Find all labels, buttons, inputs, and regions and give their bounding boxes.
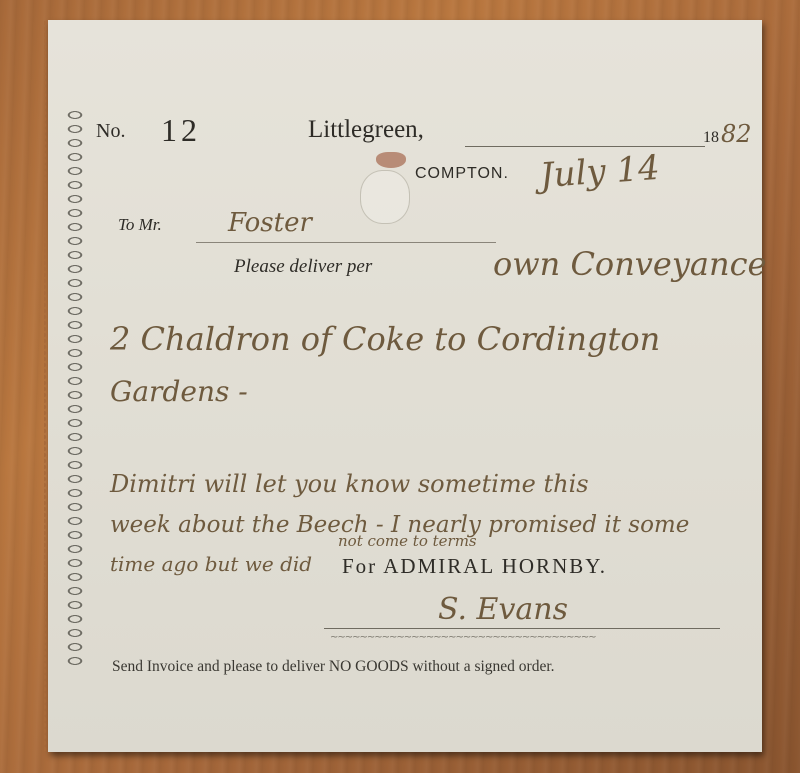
place-label: COMPTON. [415,165,509,183]
footer-notice: Send Invoice and please to deliver NO GO… [112,658,555,676]
to-label: To Mr. [118,215,162,235]
wax-stain [376,152,406,168]
perforated-edge [44,20,50,752]
note-line-3: time ago but we did [110,552,312,576]
delivery-order-paper: No. 12 Littlegreen, 18 82 COMPTON. July … [48,20,762,752]
note-line-1: Dimitri will let you know sometime this [110,470,589,498]
signature-rule [324,628,720,629]
decorative-chain-border [56,108,88,668]
order-line-1: 2 Chaldron of Coke to Cordington [110,320,660,358]
signature: S. Evans [438,592,568,627]
date-handwritten: July 14 [539,148,661,196]
deliver-label: Please deliver per [234,256,372,278]
wavy-rule: ~~~~~~~~~~~~~~~~~~~~~~~~~~~~~~~~~~~~ [330,632,596,643]
year-prefix: 18 [703,129,719,147]
number-label: No. [96,120,125,143]
town-heading: Littlegreen, [308,116,424,144]
stain-halo [360,170,410,224]
note-insert: not come to terms [338,532,477,550]
recipient-handwritten: Foster [228,208,312,238]
for-admiral-label: For ADMIRAL HORNBY. [342,554,607,579]
conveyance-handwritten: own Conveyance [493,245,766,283]
year-suffix-handwritten: 82 [721,120,752,148]
order-line-2: Gardens - [110,375,248,408]
recipient-rule [196,242,496,243]
order-number: 12 [161,112,201,149]
date-rule [465,146,705,147]
